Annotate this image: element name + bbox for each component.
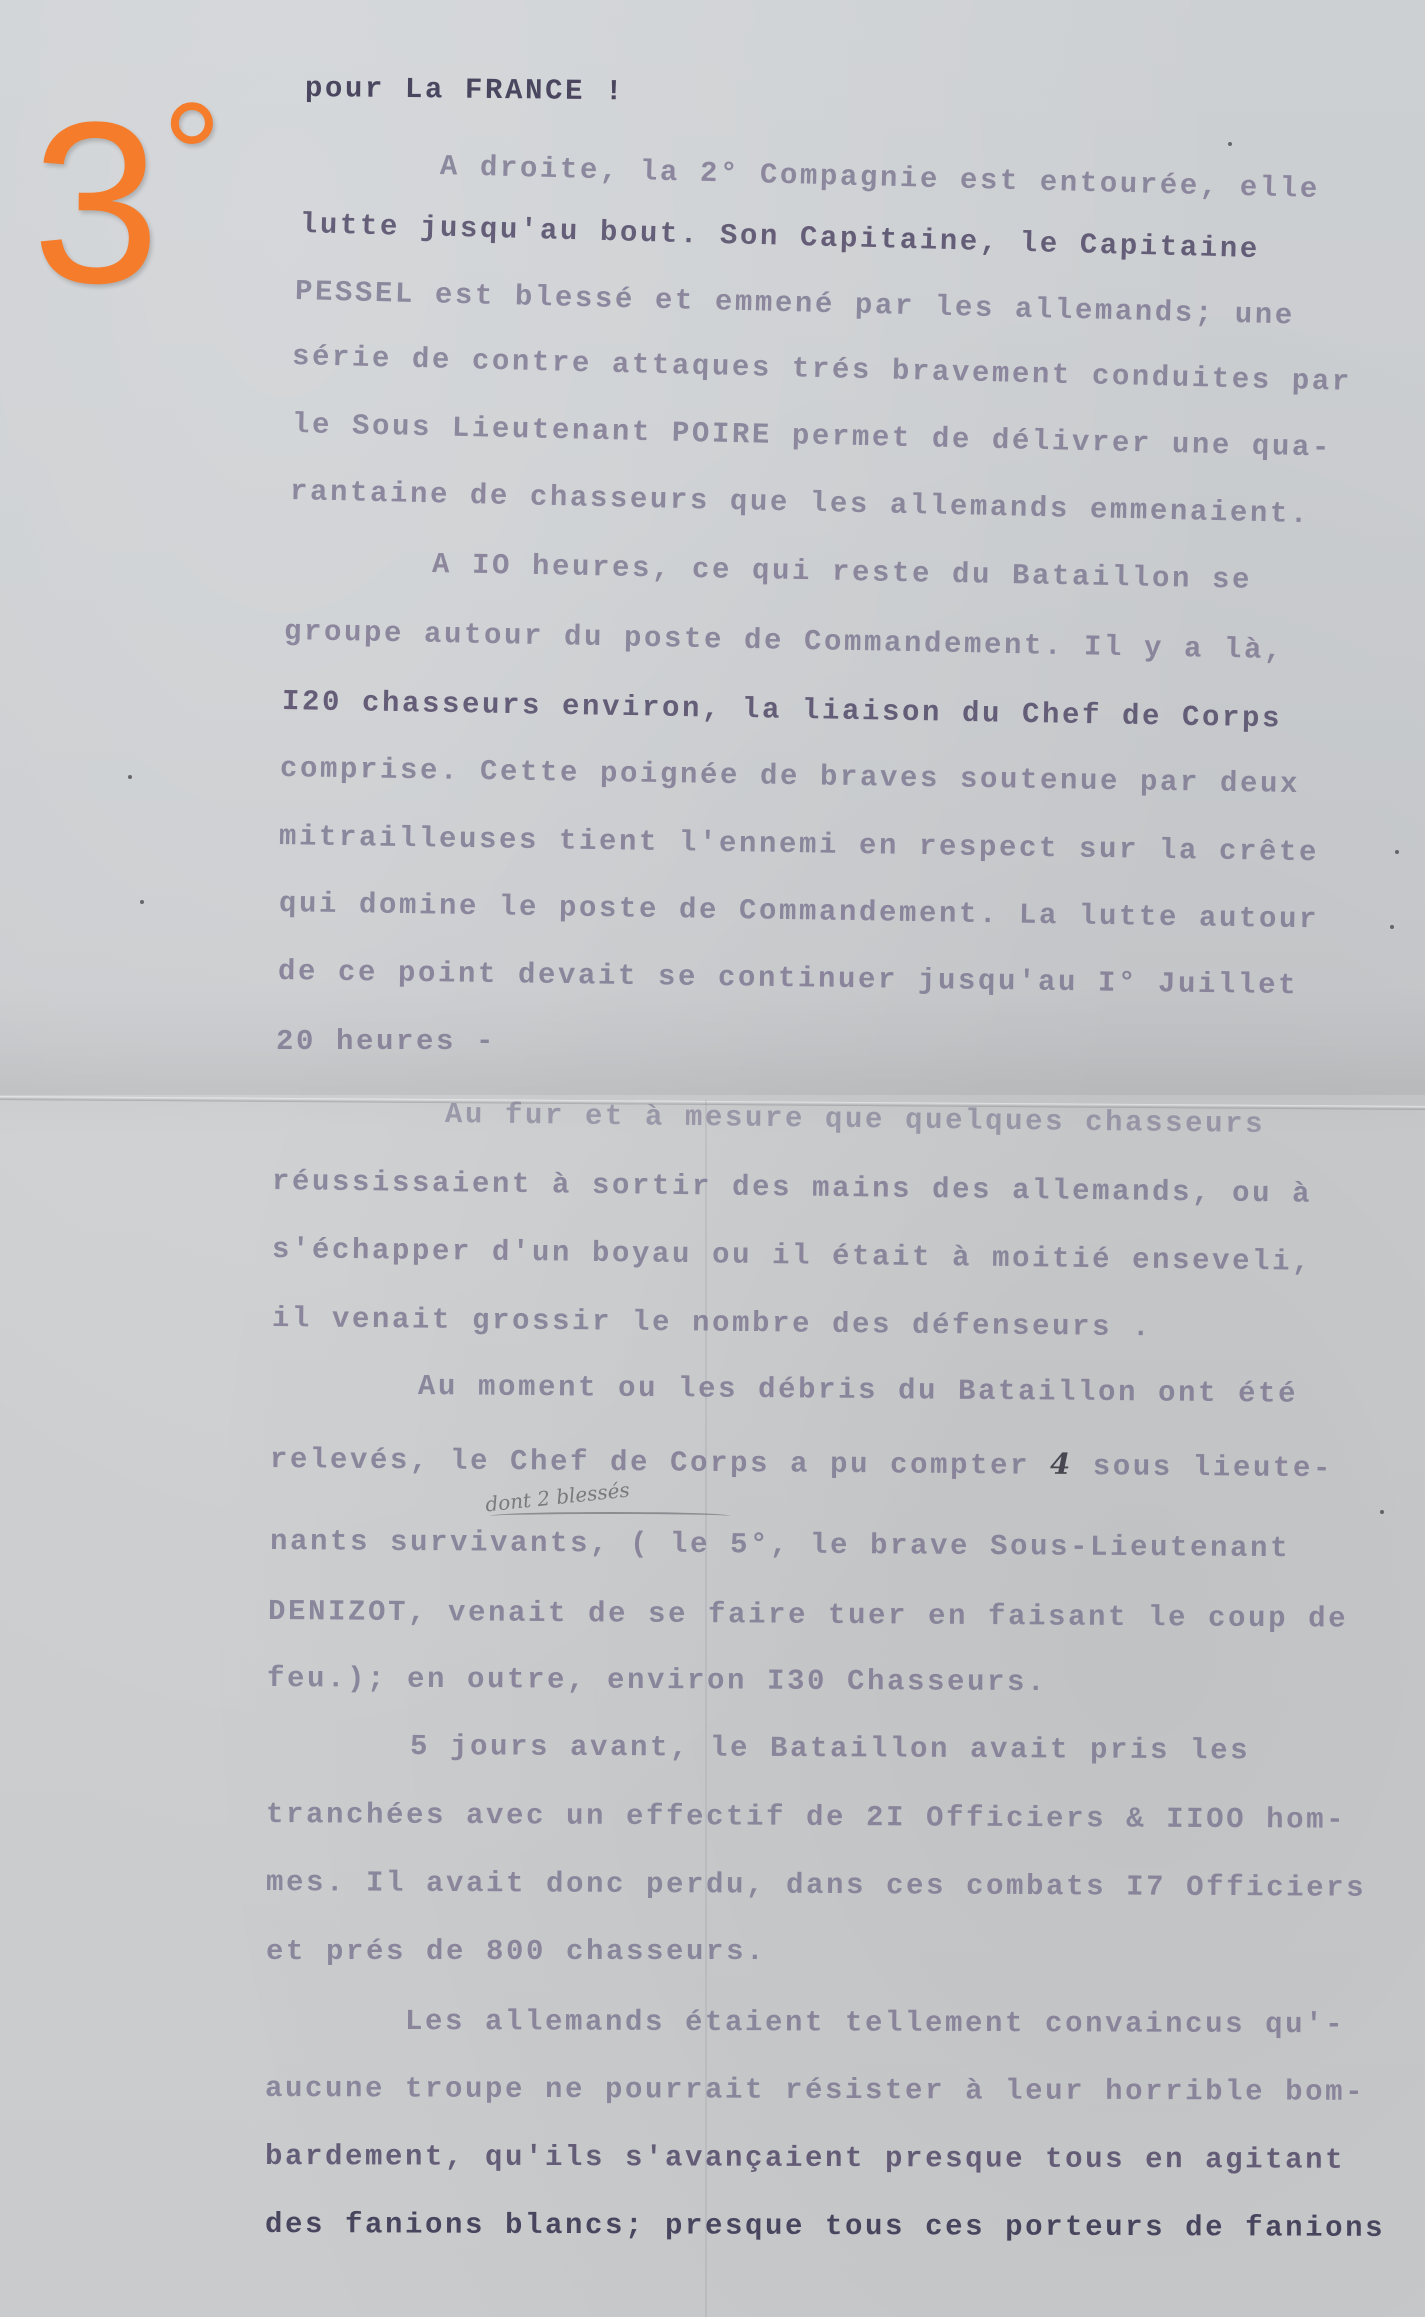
line-text: relevés, le Chef de Corps a pu compter xyxy=(270,1443,1030,1483)
paper-speck xyxy=(1380,1510,1384,1514)
doc-line: PESSEL est blessé et emmené par les alle… xyxy=(295,275,1296,332)
doc-line: il venait grossir le nombre des défenseu… xyxy=(272,1302,1152,1344)
handwritten-number: 4 xyxy=(1050,1447,1073,1481)
doc-line: série de contre attaques trés bravement … xyxy=(292,340,1353,399)
doc-line: bardement, qu'ils s'avançaient presque t… xyxy=(265,2140,1345,2177)
fold-shadow xyxy=(0,985,1425,1095)
doc-line: relevés, le Chef de Corps a pu compter 4… xyxy=(270,1440,1333,1485)
doc-line: réussissaient à sortir des mains des all… xyxy=(272,1165,1312,1211)
doc-line: I20 chasseurs environ, la liaison du Che… xyxy=(282,685,1283,735)
line-text-tail: sous lieute- xyxy=(1073,1450,1333,1485)
doc-line: DENIZOT, venait de se faire tuer en fais… xyxy=(268,1595,1348,1636)
doc-line: mes. Il avait donc perdu, dans ces comba… xyxy=(266,1866,1366,1905)
paper-vertical-crease xyxy=(705,1100,707,2317)
doc-line: pour La FRANCE ! xyxy=(305,72,625,108)
doc-line: 5 jours avant, le Bataillon avait pris l… xyxy=(410,1730,1250,1767)
doc-line: feu.); en outre, environ I30 Chasseurs. xyxy=(267,1662,1047,1699)
doc-line: lutte jusqu'au bout. Son Capitaine, le C… xyxy=(300,208,1261,266)
annotation-underline xyxy=(490,1512,730,1520)
doc-line: nants survivants, ( le 5°, le brave Sous… xyxy=(270,1525,1290,1565)
marker-degree: ° xyxy=(162,71,218,239)
doc-line: Au moment ou les débris du Bataillon ont… xyxy=(418,1370,1298,1411)
paper-speck xyxy=(140,900,144,904)
doc-line: 20 heures - xyxy=(276,1025,496,1058)
doc-line: et prés de 800 chasseurs. xyxy=(266,1935,766,1968)
doc-line: A droite, la 2° Compagnie est entourée, … xyxy=(440,150,1321,206)
doc-line: des fanions blancs; presque tous ces por… xyxy=(265,2208,1385,2245)
doc-line: A IO heures, ce qui reste du Bataillon s… xyxy=(432,548,1253,597)
doc-line: tranchées avec un effectif de 2I Officie… xyxy=(266,1798,1346,1837)
marker-number: 3 xyxy=(32,74,156,331)
doc-line: qui domine le poste de Commandement. La … xyxy=(279,887,1320,936)
scanned-document-page: 3° pour La FRANCE ! A droite, la 2° Comp… xyxy=(0,0,1425,2317)
paper-speck xyxy=(128,775,132,779)
doc-line: le Sous Lieutenant POIRE permet de déliv… xyxy=(292,408,1333,465)
doc-line: Les allemands étaient tellement convainc… xyxy=(405,2005,1345,2041)
paper-speck xyxy=(1228,142,1232,146)
paper-speck xyxy=(1390,925,1394,929)
doc-line: rantaine de chasseurs que les allemands … xyxy=(290,475,1311,531)
doc-line: groupe autour du poste de Commandement. … xyxy=(284,615,1285,667)
handwritten-annotation: dont 2 blessés xyxy=(484,1477,631,1516)
doc-line: comprise. Cette poignée de braves souten… xyxy=(280,752,1301,801)
doc-line: s'échapper d'un boyau ou il était à moit… xyxy=(272,1233,1312,1279)
doc-line: mitrailleuses tient l'ennemi en respect … xyxy=(279,820,1320,869)
section-marker-3: 3° xyxy=(32,88,218,318)
paper-speck xyxy=(1395,850,1399,854)
doc-line: aucune troupe ne pourrait résister à leu… xyxy=(265,2072,1365,2109)
